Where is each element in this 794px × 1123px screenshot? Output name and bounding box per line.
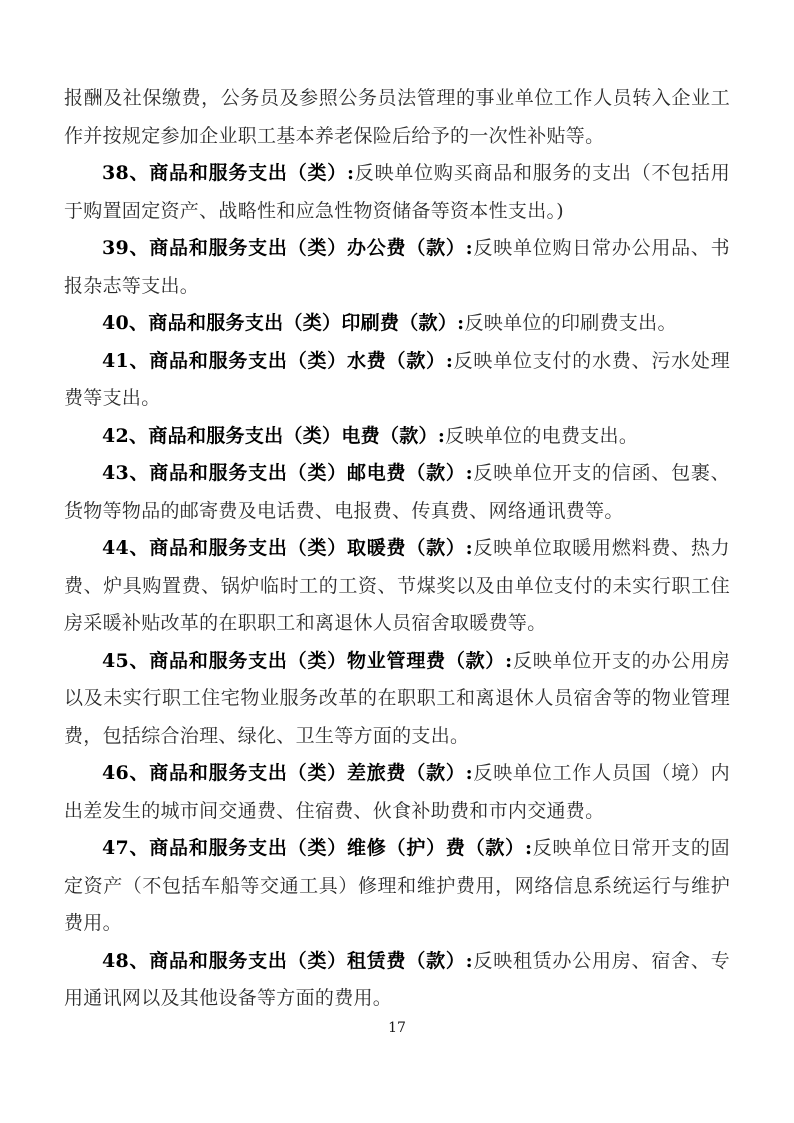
paragraph: 38、商品和服务支出（类）:反映单位购买商品和服务的支出（不包括用于购置固定资产… bbox=[64, 155, 730, 230]
paragraph-heading: 45、商品和服务支出（类）物业管理费（款）: bbox=[102, 650, 513, 672]
paragraph: 报酬及社保缴费，公务员及参照公务员法管理的事业单位工作人员转入企业工作并按规定参… bbox=[64, 80, 730, 155]
document-body: 报酬及社保缴费，公务员及参照公务员法管理的事业单位工作人员转入企业工作并按规定参… bbox=[64, 80, 730, 1018]
paragraph-heading: 42、商品和服务支出（类）电费（款）: bbox=[102, 425, 445, 447]
paragraph: 39、商品和服务支出（类）办公费（款）:反映单位购日常办公用品、书报杂志等支出。 bbox=[64, 230, 730, 305]
paragraph-text: 反映单位的电费支出。 bbox=[445, 425, 638, 447]
paragraph-heading: 48、商品和服务支出（类）租赁费（款）: bbox=[102, 950, 473, 972]
page-number: 17 bbox=[0, 1020, 794, 1036]
paragraph: 43、商品和服务支出（类）邮电费（款）:反映单位开支的信函、包裹、货物等物品的邮… bbox=[64, 455, 730, 530]
paragraph-heading: 41、商品和服务支出（类）水费（款）: bbox=[102, 350, 453, 372]
document-page: 报酬及社保缴费，公务员及参照公务员法管理的事业单位工作人员转入企业工作并按规定参… bbox=[0, 0, 794, 1123]
paragraph-heading: 44、商品和服务支出（类）取暖费（款）: bbox=[102, 537, 473, 559]
paragraph: 45、商品和服务支出（类）物业管理费（款）:反映单位开支的办公用房以及未实行职工… bbox=[64, 643, 730, 756]
paragraph: 41、商品和服务支出（类）水费（款）:反映单位支付的水费、污水处理费等支出。 bbox=[64, 343, 730, 418]
paragraph: 44、商品和服务支出（类）取暖费（款）:反映单位取暖用燃料费、热力费、炉具购置费… bbox=[64, 530, 730, 643]
paragraph-heading: 39、商品和服务支出（类）办公费（款）: bbox=[102, 237, 473, 259]
paragraph-heading: 40、商品和服务支出（类）印刷费（款）: bbox=[102, 312, 464, 334]
paragraph: 48、商品和服务支出（类）租赁费（款）:反映租赁办公用房、宿舍、专用通讯网以及其… bbox=[64, 943, 730, 1018]
paragraph: 40、商品和服务支出（类）印刷费（款）:反映单位的印刷费支出。 bbox=[64, 305, 730, 343]
paragraph-heading: 46、商品和服务支出（类）差旅费（款）: bbox=[102, 762, 473, 784]
paragraph-heading: 38、商品和服务支出（类）: bbox=[102, 162, 354, 184]
paragraph-text: 反映单位的印刷费支出。 bbox=[464, 312, 676, 334]
paragraph-heading: 47、商品和服务支出（类）维修（护）费（款）: bbox=[102, 837, 532, 859]
paragraph-text: 报酬及社保缴费，公务员及参照公务员法管理的事业单位工作人员转入企业工作并按规定参… bbox=[64, 87, 730, 147]
paragraph: 47、商品和服务支出（类）维修（护）费（款）:反映单位日常开支的固定资产（不包括… bbox=[64, 830, 730, 943]
paragraph: 46、商品和服务支出（类）差旅费（款）:反映单位工作人员国（境）内出差发生的城市… bbox=[64, 755, 730, 830]
paragraph-heading: 43、商品和服务支出（类）邮电费（款）: bbox=[102, 462, 473, 484]
paragraph: 42、商品和服务支出（类）电费（款）:反映单位的电费支出。 bbox=[64, 418, 730, 456]
